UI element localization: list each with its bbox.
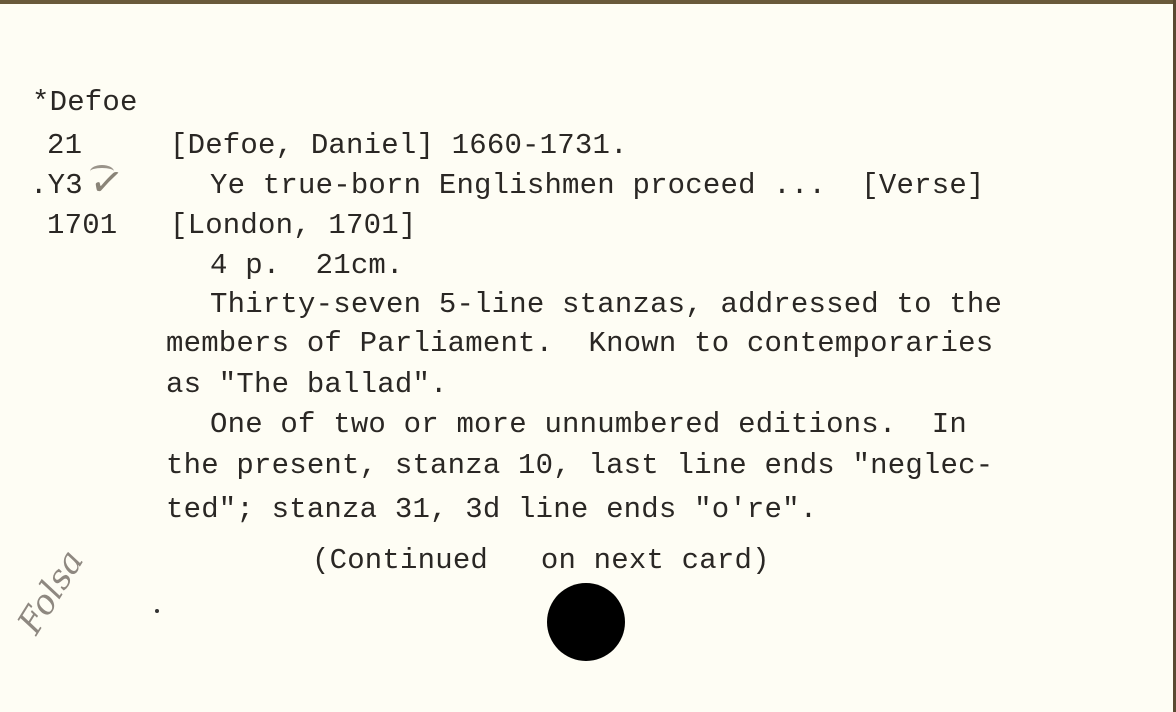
- call-number-line-3: .Y3: [30, 171, 83, 200]
- handwritten-annotation: Folsa: [10, 543, 92, 641]
- call-number-line-1: *Defoe: [32, 88, 138, 117]
- catalog-card: *Defoe 21 .Y3 1701 ✓ [Defoe, Daniel] 166…: [0, 0, 1176, 712]
- note2-line-1: One of two or more unnumbered editions. …: [210, 410, 967, 439]
- title-line: Ye true-born Englishmen proceed ... [Ver…: [210, 171, 985, 200]
- note1-line-2: members of Parliament. Known to contempo…: [166, 329, 993, 358]
- note1-line-1: Thirty-seven 5-line stanzas, addressed t…: [210, 290, 1002, 319]
- note2-line-2: the present, stanza 10, last line ends "…: [166, 451, 993, 480]
- punch-hole: [547, 583, 625, 661]
- heading: [Defoe, Daniel] 1660-1731.: [170, 131, 628, 160]
- note2-line-3: ted"; stanza 31, 3d line ends "o're".: [166, 495, 817, 524]
- ink-dot: [155, 609, 159, 613]
- card-top-edge: [0, 0, 1176, 4]
- call-number-line-4: 1701: [47, 211, 117, 240]
- call-number-line-2: 21: [47, 131, 82, 160]
- collation: 4 p. 21cm.: [210, 251, 404, 280]
- imprint: [London, 1701]: [170, 211, 416, 240]
- check-mark-icon: ✓: [87, 158, 127, 208]
- note1-line-3: as "The ballad".: [166, 370, 448, 399]
- continuation-note: (Continued on next card): [312, 546, 770, 575]
